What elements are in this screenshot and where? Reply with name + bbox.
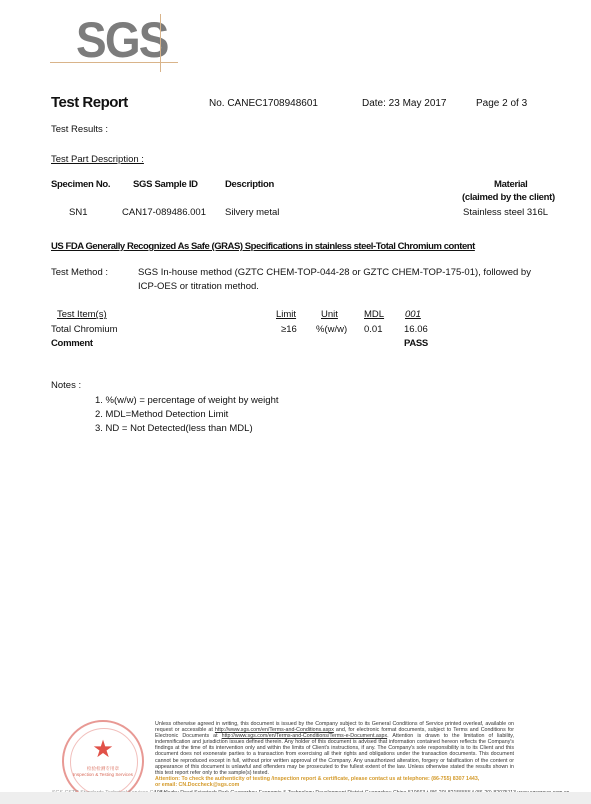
notes-label: Notes : [51, 380, 81, 391]
logo-text: SGS [76, 14, 168, 66]
star-icon: ★ [64, 738, 142, 762]
note-item: 2. MDL=Method Detection Limit [95, 409, 228, 420]
page-bottom-margin [0, 792, 591, 804]
header-material-claimed: (claimed by the client) [462, 192, 555, 203]
section-title: US FDA Generally Recognized As Safe (GRA… [51, 241, 475, 252]
cell-mdl: 0.01 [364, 324, 383, 335]
test-results-label: Test Results : [51, 124, 108, 135]
note-item: 3. ND = Not Detected(less than MDL) [95, 423, 253, 434]
e-document-terms-link[interactable]: http://www.sgs.com/en/Terms-and-Conditio… [222, 733, 387, 739]
header-material: Material [494, 179, 528, 190]
stamp-label-en: Inspection & Testing Services [64, 772, 142, 778]
note-item: 1. %(w/w) = percentage of weight by weig… [95, 395, 279, 406]
cell-description: Silvery metal [225, 207, 279, 218]
report-title: Test Report [51, 94, 128, 111]
cell-specimen-no: SN1 [69, 207, 87, 218]
header-sgs-sample-id: SGS Sample ID [133, 179, 198, 190]
report-number: No. CANEC1708948601 [209, 98, 318, 109]
disclaimer-text: . Attention is drawn to the limitation o… [155, 733, 514, 776]
test-part-description-label: Test Part Description : [51, 154, 144, 165]
test-method-line2: ICP-OES or titration method. [138, 281, 259, 292]
stamp-label: 检验检测专用章 Inspection & Testing Services [64, 766, 142, 778]
attention-email[interactable]: or email: CN.Doccheck@sgs.com [155, 782, 515, 788]
terms-conditions-link[interactable]: http://www.sgs.com/en/Terms-and-Conditio… [215, 727, 334, 733]
header-limit: Limit [276, 309, 296, 320]
header-mdl: MDL [364, 309, 384, 320]
cell-result-001: 16.06 [404, 324, 428, 335]
logo-horizontal-rule [50, 62, 178, 63]
report-date: Date: 23 May 2017 [362, 98, 447, 109]
cell-test-item: Total Chromium [51, 324, 118, 335]
footer-attention: Attention: To check the authenticity of … [155, 776, 515, 788]
cell-unit: %(w/w) [316, 324, 347, 335]
footer-disclaimer: Unless otherwise agreed in writing, this… [155, 721, 514, 776]
cell-material: Stainless steel 316L [463, 207, 548, 218]
cell-sample-id: CAN17-089486.001 [122, 207, 206, 218]
header-sample-001: 001 [405, 309, 421, 320]
header-test-items: Test Item(s) [57, 309, 107, 320]
header-unit: Unit [321, 309, 338, 320]
header-specimen-no: Specimen No. [51, 179, 110, 190]
test-method-label: Test Method : [51, 267, 108, 278]
cell-limit: ≥16 [281, 324, 297, 335]
report-page: SGS Test Report No. CANEC1708948601 Date… [0, 0, 591, 792]
page-number: Page 2 of 3 [476, 98, 527, 109]
comment-value: PASS [404, 338, 428, 349]
test-method-line1: SGS In-house method (GZTC CHEM-TOP-044-2… [138, 267, 531, 278]
header-description: Description [225, 179, 274, 190]
logo-vertical-rule [160, 14, 161, 72]
comment-label: Comment [51, 338, 93, 349]
